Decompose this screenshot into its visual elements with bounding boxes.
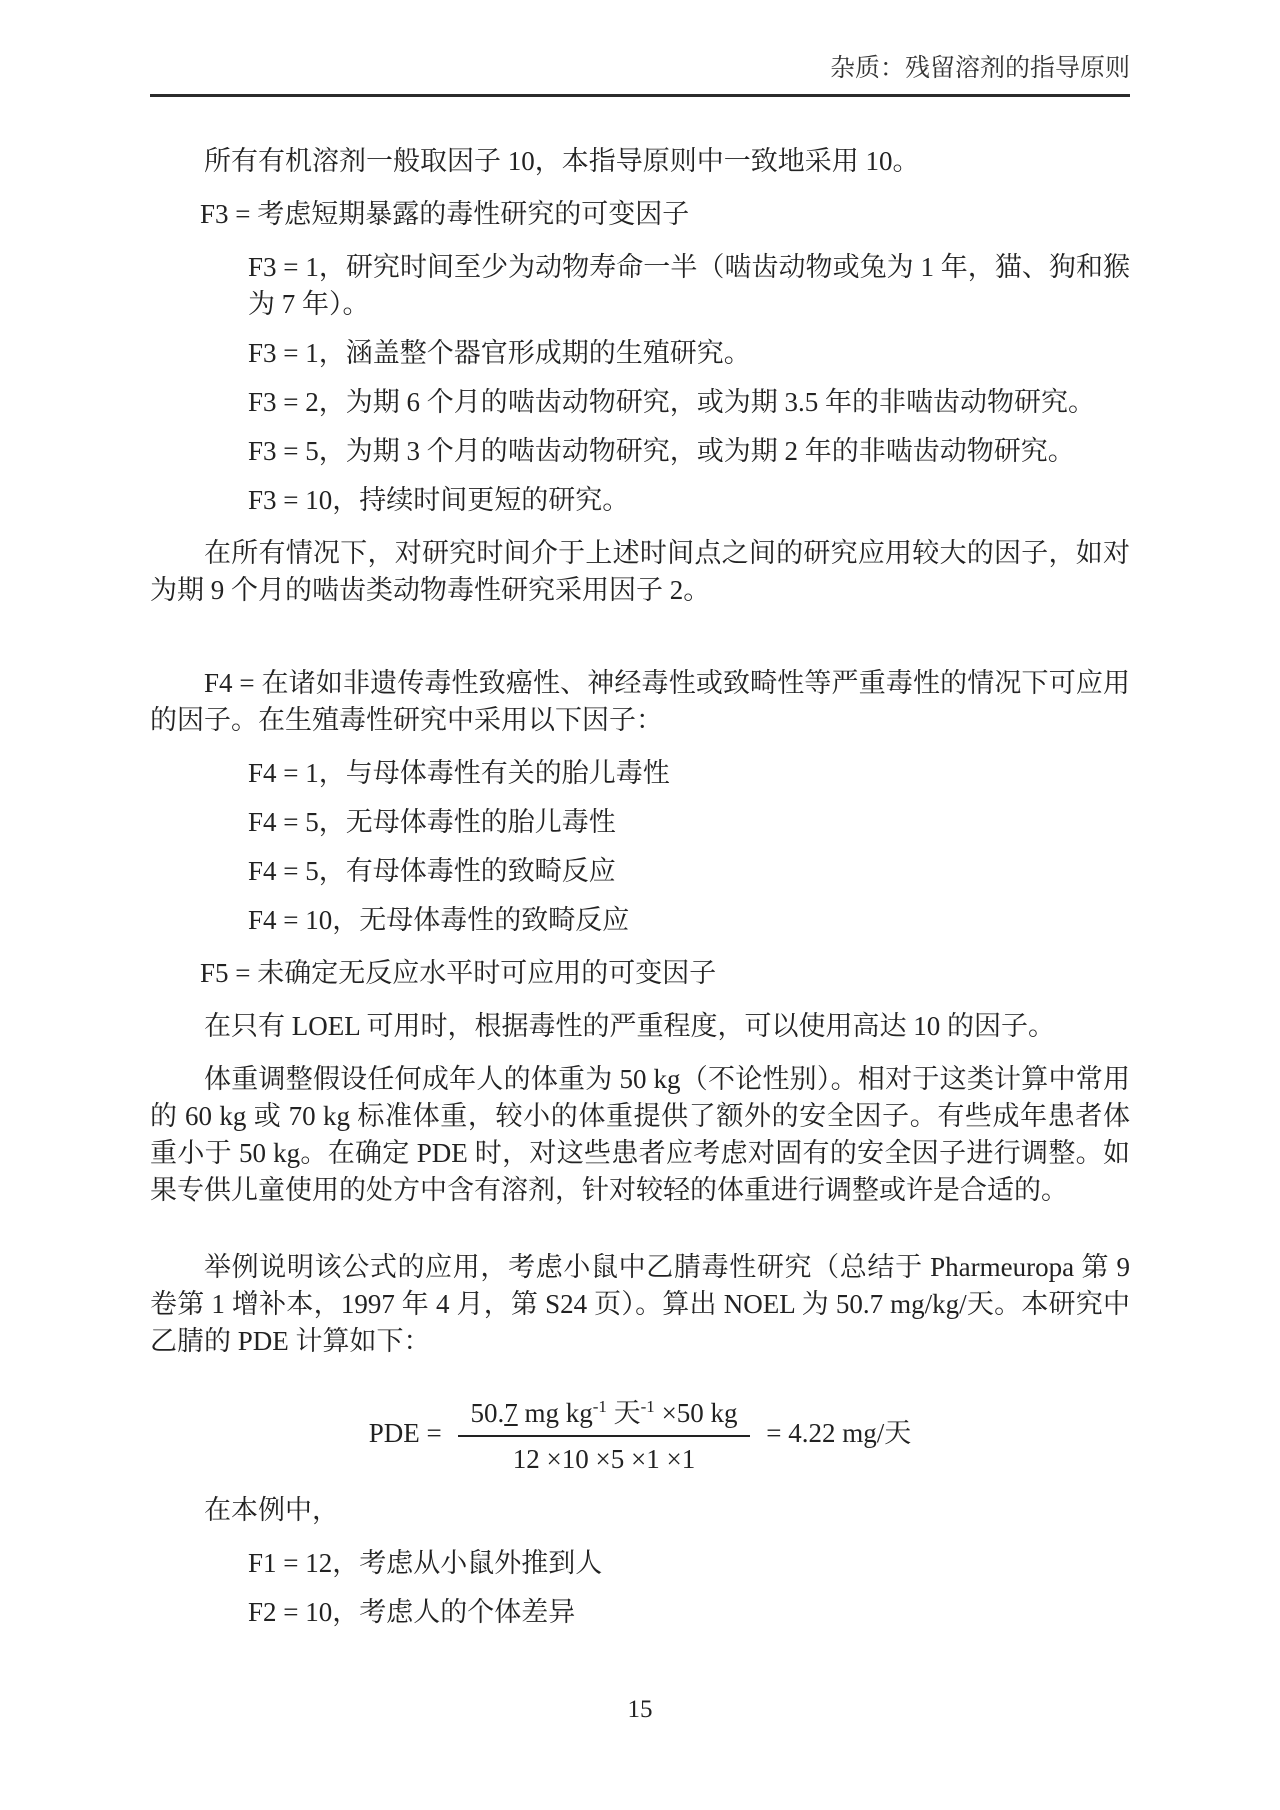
f2-item: F2 = 10，考虑人的个体差异 [150,1594,1130,1631]
formula-denominator: 12 ×10 ×5 ×1 ×1 [458,1437,749,1476]
paragraph-solvent-factor: 所有有机溶剂一般取因子 10，本指导原则中一致地采用 10。 [150,143,1130,180]
formula-result: = 4.22 mg/天 [766,1416,911,1450]
paragraph-in-this-example: 在本例中， [150,1492,1130,1529]
f4-item-2: F4 = 5，无母体毒性的胎儿毒性 [150,804,1130,841]
f4-item-4: F4 = 10，无母体毒性的致畸反应 [150,902,1130,939]
formula-fraction: 50.7 mg kg-1 天-1 ×50 kg 12 ×10 ×5 ×1 ×1 [458,1390,749,1476]
f4-paragraph: F4 = 在诸如非遗传毒性致癌性、神经毒性或致畸性等严重毒性的情况下可应用的因子… [150,665,1130,739]
formula-lhs: PDE = [369,1416,442,1450]
f4-item-1: F4 = 1，与母体毒性有关的胎儿毒性 [150,755,1130,792]
f3-heading: F3 = 考虑短期暴露的毒性研究的可变因子 [150,196,1130,233]
running-header-title: 杂质：残留溶剂的指导原则 [830,55,1130,82]
pde-formula: PDE = 50.7 mg kg-1 天-1 ×50 kg 12 ×10 ×5 … [150,1390,1130,1476]
f1-item: F1 = 12，考虑从小鼠外推到人 [150,1545,1130,1582]
document-body: 所有有机溶剂一般取因子 10，本指导原则中一致地采用 10。 F3 = 考虑短期… [150,143,1130,1631]
running-header: 杂质：残留溶剂的指导原则 [150,0,1130,97]
paragraph-loel: 在只有 LOEL 可用时，根据毒性的严重程度，可以使用高达 10 的因子。 [150,1008,1130,1045]
f4-item-3: F4 = 5，有母体毒性的致畸反应 [150,853,1130,890]
f3-item-4: F3 = 5，为期 3 个月的啮齿动物研究，或为期 2 年的非啮齿动物研究。 [150,433,1130,470]
f3-item-1: F3 = 1，研究时间至少为动物寿命一半（啮齿动物或兔为 1 年，猫、狗和猴为 … [150,249,1130,323]
paragraph-acetonitrile-example: 举例说明该公式的应用，考虑小鼠中乙腈毒性研究（总结于 Pharmeuropa 第… [150,1249,1130,1360]
f3-item-5: F3 = 10，持续时间更短的研究。 [150,482,1130,519]
f5-heading: F5 = 未确定无反应水平时可应用的可变因子 [150,955,1130,992]
paragraph-intermediate-durations: 在所有情况下，对研究时间介于上述时间点之间的研究应用较大的因子，如对为期 9 个… [150,535,1130,609]
content-area: 杂质：残留溶剂的指导原则 所有有机溶剂一般取因子 10，本指导原则中一致地采用 … [150,0,1130,1631]
page-number: 15 [0,1696,1280,1724]
formula-numerator: 50.7 mg kg-1 天-1 ×50 kg [458,1390,749,1437]
paragraph-weight-adjustment: 体重调整假设任何成年人的体重为 50 kg（不论性别）。相对于这类计算中常用的 … [150,1061,1130,1209]
f3-item-3: F3 = 2，为期 6 个月的啮齿动物研究，或为期 3.5 年的非啮齿动物研究。 [150,384,1130,421]
document-page: 杂质：残留溶剂的指导原则 所有有机溶剂一般取因子 10，本指导原则中一致地采用 … [0,0,1280,1810]
f3-item-2: F3 = 1，涵盖整个器官形成期的生殖研究。 [150,335,1130,372]
